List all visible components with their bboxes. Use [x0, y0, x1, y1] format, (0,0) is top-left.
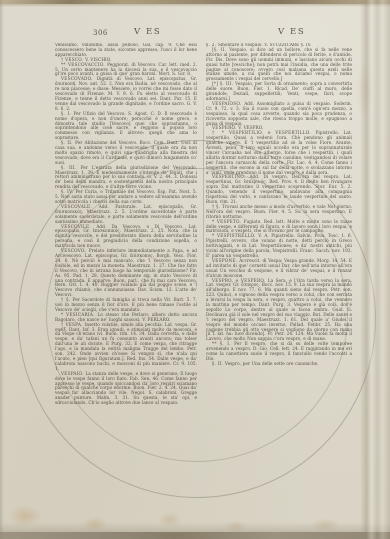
entry-headword: † * VESPERTILIO, e VESPERTILLO. — [212, 130, 315, 135]
page-edge-bottom — [0, 532, 390, 539]
entry-headword: [*] §. III. — [212, 81, 235, 86]
entry-headword: §. II. — [212, 361, 225, 366]
entry-headword: §. III. — [61, 165, 81, 170]
running-head-right: V ES — [278, 27, 305, 37]
dictionary-entry: §. II. Vespro, per Una delle sette ore c… — [206, 362, 352, 367]
entry-headword: §. IV. — [61, 189, 75, 194]
entry-headword: ** VESCOVACCIO. — [61, 62, 107, 67]
entry-headword: VESPRO, e VESPERO. — [212, 278, 268, 283]
dictionary-entry: † §. Trovasi anche messo a modo d'avverb… — [206, 205, 352, 220]
dictionary-entry: * VESPISTRELLO. V. A. Pipistrello. Salvi… — [206, 234, 352, 259]
text-column-left: Venissimo, vinissimo, assai pelloso, Gal… — [55, 43, 197, 429]
dictionary-entry: † §. Per Sacerdote di famiglia si trova … — [55, 298, 197, 313]
entry-headword: VESPONE. — [212, 258, 239, 263]
dictionary-entry: ** VESCOVACCIO. Peggiorat. di Vescovo. C… — [55, 63, 197, 78]
dictionary-entry: §. II. Per Abitazione del Vescovo. Bocc.… — [55, 141, 197, 166]
page-edge-top-shadow — [0, 4, 390, 7]
entry-headword: VESPAIO. — [61, 371, 85, 376]
scanned-book-page: 306 V ES V ES Venissimo, vinissimo, assa… — [0, 0, 390, 539]
entry-headword: VESPAIOSO. — [212, 101, 244, 106]
entry-headword: §. I. — [61, 111, 73, 116]
page-edge-bottom-shadow — [0, 522, 390, 532]
entry-headword: [§. II. — [212, 47, 229, 52]
running-head-left: V ES — [134, 27, 161, 37]
entry-headword: * VESICARIA. — [61, 312, 98, 317]
dictionary-entry: † VESPA. Insetto volatile, simile alla p… — [55, 323, 197, 372]
dictionary-entry: ** §. I. Per Il vespro, che si dà su del… — [206, 342, 352, 362]
entry-headword: VESPERTINO. — [212, 174, 249, 179]
dictionary-entry: † * VESPERTILIO, e VESPERTILLO. Pipistre… — [206, 131, 352, 175]
page-edge-right — [360, 0, 390, 539]
dictionary-entry: VESPERTINO. Add. Di vespro, Dell'ora del… — [206, 175, 352, 204]
dictionary-entry: * VESPETO. Fugiato. Red. lett. Molte e m… — [206, 220, 352, 235]
dictionary-entry: VESPRO, e VESPERO. La Sera, e l'Ora tard… — [206, 279, 352, 343]
dictionary-entry: VESPONE. Accrescit. di Vespa; Vespa gran… — [206, 259, 352, 279]
entry-headword: VESCOVILE. — [61, 224, 96, 229]
page-number: 306 — [93, 29, 108, 37]
dictionary-entry: VESCOVALE. Add. Pastorale. Lat. episcopa… — [55, 205, 197, 225]
entry-headword: VESCOVADO. — [61, 76, 97, 81]
text-column-right: §. 2. Smontare il vespaio. V. STUZZICARE… — [206, 43, 352, 441]
entry-headword: ** §. I. — [212, 341, 234, 346]
dictionary-entry: VESCOVILE. Add. Da Vescovo, o Di Vescovo… — [55, 225, 197, 250]
entry-headword: * VESPISTRELLO. — [212, 233, 258, 238]
dictionary-entry: VESPAIOSO. Add. Assomigliato a guisa di … — [206, 102, 352, 127]
dictionary-entry: VESCOVO. Prelato inferiore immediatament… — [55, 249, 197, 298]
dictionary-entry: §. I. Per Ufizio del Vescovo. S. Agost. … — [55, 112, 197, 141]
entry-headword: VESCOVALE. — [61, 204, 99, 209]
dictionary-entry: [§. II. Vespaio, si dice ad un bollore, … — [206, 48, 352, 82]
dictionary-entry: [*] §. III. Vespaio, per Sorta di orname… — [206, 82, 352, 102]
dictionary-entry: Venissimo, vinissimo, assai pelloso, Gal… — [55, 43, 197, 58]
dictionary-entry: §. IV. Per Curia, o Tribunale del Vescov… — [55, 190, 197, 205]
entry-headword: † §. — [212, 204, 222, 209]
dictionary-entry: VESPAIO. La stanza delle vespe, e dove s… — [55, 372, 197, 406]
entry-headword: §. II. — [61, 140, 75, 145]
page-edge-left — [0, 0, 4, 539]
entry-headword: * VESPETO. — [212, 219, 244, 224]
entry-headword: † VESPA. — [61, 322, 85, 327]
running-head: 306 V ES V ES — [0, 27, 390, 39]
gutter-crease-line — [203, 88, 204, 303]
entry-headword: † §. — [61, 297, 73, 302]
dictionary-entry: VESCOVADO. Dignità di Vescovo. Lat. epis… — [55, 77, 197, 111]
dictionary-entry: §. III. Per L'entrata della giurisdizion… — [55, 166, 197, 191]
entry-headword: VESCOVO. — [61, 248, 89, 253]
